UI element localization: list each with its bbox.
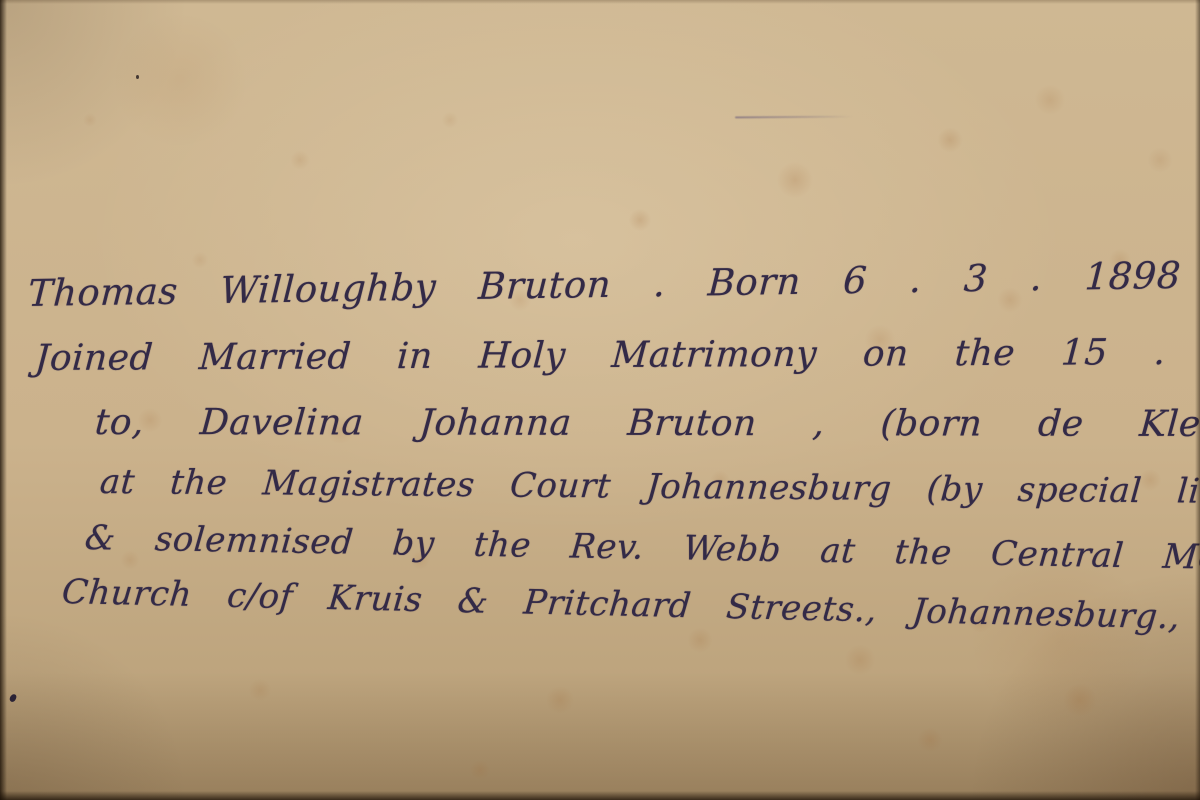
faint-pen-stroke <box>735 116 853 119</box>
handwritten-line-spouse-name: to, Davelina Johanna Bruton , (born de K… <box>94 402 1200 445</box>
photograph-of-handwritten-record: Thomas Willoughby Bruton . Born 6 . 3 . … <box>0 0 1200 800</box>
handwritten-line-name-and-birth: Thomas Willoughby Bruton . Born 6 . 3 . … <box>27 254 1182 315</box>
paper-foxing-texture <box>0 0 1200 800</box>
handwritten-line-minister: & solemnised by the Rev. Webb at the Cen… <box>83 518 1200 580</box>
photo-edge-vignette <box>0 0 1200 800</box>
handwritten-line-court-location: at the Magistrates Court Johannesburg (b… <box>98 462 1200 513</box>
handwritten-line-church-address: Church c/of Kruis & Pritchard Streets., … <box>60 572 1200 640</box>
ink-speck <box>136 75 139 79</box>
handwritten-line-marriage-date: Joined Married in Holy Matrimony on the … <box>34 331 1200 379</box>
ink-speck <box>9 693 17 703</box>
